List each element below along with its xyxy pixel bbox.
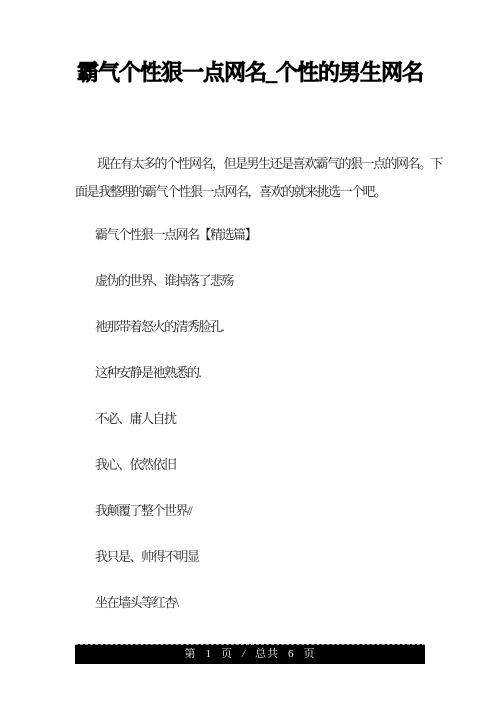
- intro-paragraph-line-1: 现在有太多的个性网名，但是男生还是喜欢霸气的狠一点的网名。下: [75, 150, 425, 178]
- footer-total-label: 总共: [255, 645, 279, 664]
- footer-total-number: 6: [288, 645, 295, 664]
- footer-page-label: 第: [184, 645, 196, 664]
- footer-total-unit: 页: [304, 645, 316, 664]
- list-item: 虚伪的世界、谁掉落了悲殇: [95, 273, 425, 288]
- list-item-section-header: 霸气个性狠一点网名【精选篇】: [95, 227, 425, 242]
- page-title: 霸气个性狠一点网名_个性的男生网名: [0, 58, 500, 88]
- list-item: 我心、依然依旧: [95, 457, 425, 472]
- list-item: 我颠覆了整个世界//: [95, 503, 425, 518]
- page-footer-bar: 第 1 页 / 总共 6 页: [75, 644, 425, 664]
- list-item: 祂那带着怒火的清秀脸孔.: [95, 319, 425, 334]
- footer-separator: /: [242, 645, 246, 664]
- nickname-list: 霸气个性狠一点网名【精选篇】 虚伪的世界、谁掉落了悲殇 祂那带着怒火的清秀脸孔.…: [95, 227, 425, 610]
- footer-page-unit: 页: [221, 645, 233, 664]
- footer-page-number: 1: [205, 645, 212, 664]
- list-item: 这种安静是祂熟悉的.: [95, 365, 425, 380]
- intro-paragraph: 现在有太多的个性网名，但是男生还是喜欢霸气的狠一点的网名。下 面是我整理的霸气个…: [75, 150, 425, 206]
- document-page: 霸气个性狠一点网名_个性的男生网名 现在有太多的个性网名，但是男生还是喜欢霸气的…: [0, 0, 500, 707]
- intro-paragraph-line-2: 面是我整理的霸气个性狠一点网名，喜欢的就来挑选一个吧。: [75, 178, 425, 206]
- list-item: 我只是、帅得不明显: [95, 549, 425, 564]
- list-item: 不必、庸人自扰: [95, 411, 425, 426]
- list-item: 坐在墙头等红杏\: [95, 595, 425, 610]
